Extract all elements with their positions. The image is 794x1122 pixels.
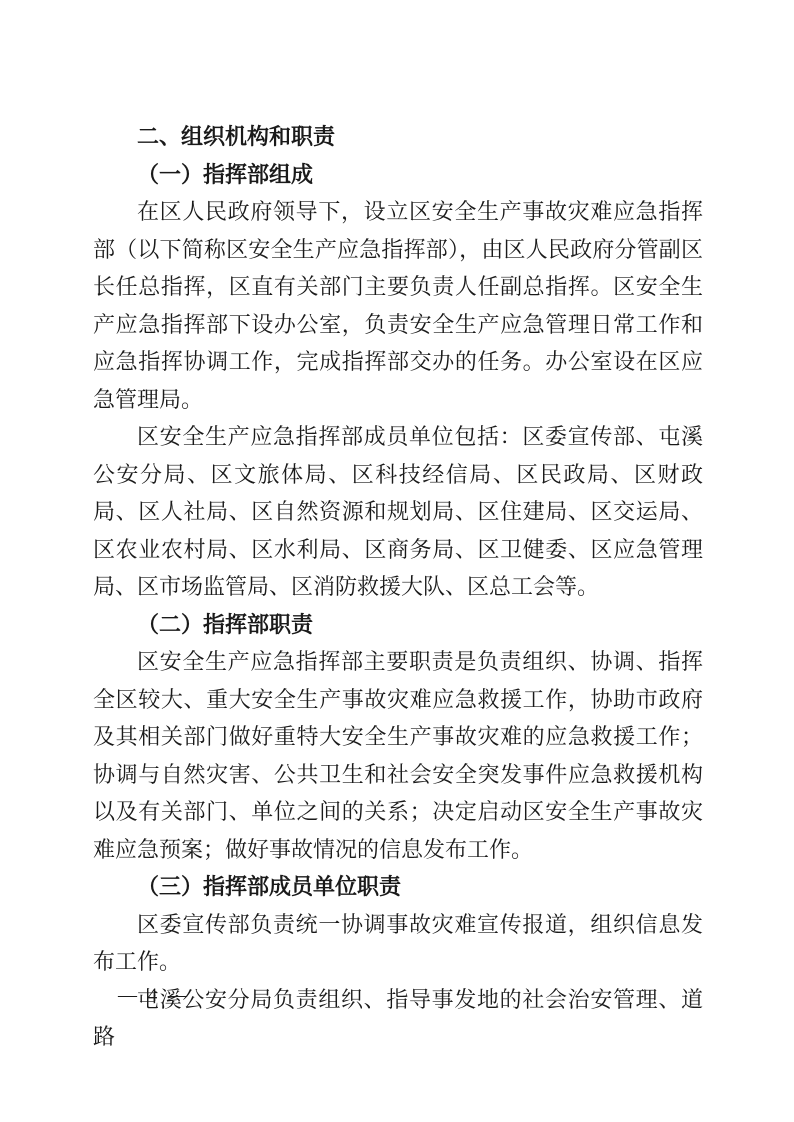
heading-organization-and-duties: 二、组织机构和职责 [93, 118, 703, 156]
paragraph-member-units-list: 区安全生产应急指挥部成员单位包括：区委宣传部、屯溪公安分局、区文旅体局、区科技经… [93, 418, 703, 606]
paragraph-command-duties: 区安全生产应急指挥部主要职责是负责组织、协调、指挥全区较大、重大安全生产事故灾难… [93, 643, 703, 868]
subheading-command-duties: （二）指挥部职责 [93, 606, 703, 644]
document-body: 二、组织机构和职责 （一）指挥部组成 在区人民政府领导下，设立区安全生产事故灾难… [93, 118, 703, 1056]
paragraph-command-setup: 在区人民政府领导下，设立区安全生产事故灾难应急指挥部（以下简称区安全生产应急指挥… [93, 193, 703, 418]
subheading-member-unit-duties: （三）指挥部成员单位职责 [93, 868, 703, 906]
page-number: — 4 — [118, 983, 190, 1009]
subheading-command-composition: （一）指挥部组成 [93, 156, 703, 194]
document-page: 二、组织机构和职责 （一）指挥部组成 在区人民政府领导下，设立区安全生产事故灾难… [0, 0, 794, 1122]
paragraph-propaganda-department-duty: 区委宣传部负责统一协调事故灾难宣传报道，组织信息发布工作。 [93, 906, 703, 981]
